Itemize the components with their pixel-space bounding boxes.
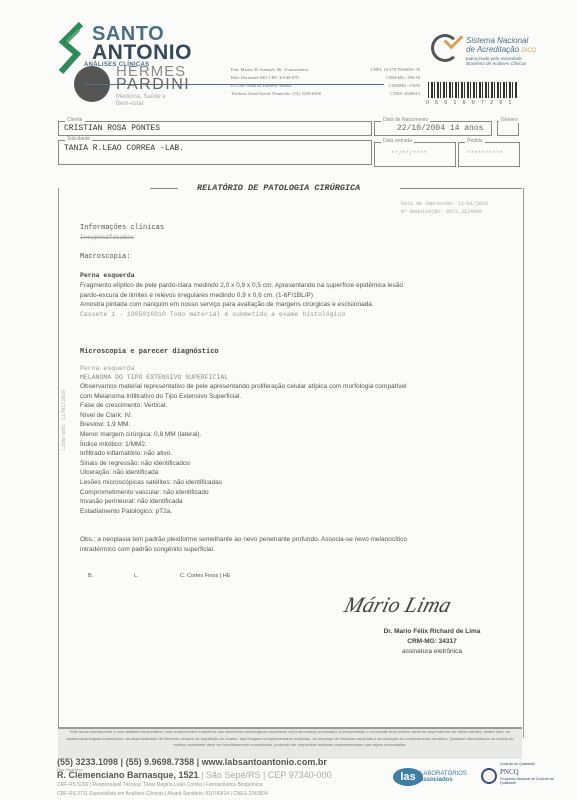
- logo-line-antonio: ANTONIO: [92, 42, 192, 64]
- observation-line: intradérmico com padrão congênito superf…: [80, 545, 520, 555]
- las-logo-icon: las: [393, 768, 423, 786]
- birth-date-label: Data de Nascimento: [381, 117, 430, 123]
- address-line: Telefone Geral/Atend. Domicílio: (31) 32…: [231, 90, 321, 98]
- microscopy-line: Índice mitótico: 1/MM2.: [80, 440, 520, 450]
- microscopy-line: Menor margem cirúrgica: 0,8 MM (lateral)…: [80, 430, 520, 440]
- observation: Obs.: a neoplasia tem padrão plexiforme …: [80, 535, 520, 554]
- footer-tech-line: CRF-RS 5269 | Responsável Técnica: Tânia…: [57, 782, 262, 788]
- microscopy-line: Estadiamento Patológico: pT2a.: [80, 507, 520, 517]
- microscopy-line: Observamos material representativo de pe…: [80, 382, 520, 392]
- microscopy-line: Infiltrado inflamatório: não ativo.: [80, 449, 520, 459]
- order-value: **********: [467, 150, 503, 157]
- clinical-info-heading: Informações clínicas: [80, 224, 164, 232]
- pncq-logo-icon: [481, 768, 497, 784]
- macroscopy-line: Fragmento elíptico de pele pardo-clara m…: [80, 281, 520, 291]
- pncq-title: PNCQ: [500, 768, 519, 776]
- sex-label: Gênero: [499, 117, 520, 123]
- registration-line: CRM-MG: 396-16: [360, 74, 420, 82]
- barcode: [428, 82, 518, 98]
- macroscopy-site: Perna esquerda: [80, 272, 135, 279]
- accreditation-subtitle: patrocinado pela Sociedade Brasileira de…: [466, 56, 526, 66]
- accreditation-title: Sistema Nacional de Acreditação DICQ: [466, 36, 536, 56]
- macroscopy-text: Fragmento elíptico de pele pardo-clara m…: [80, 281, 520, 319]
- registration-line: CNPJ: 19.378.769/0001-76: [360, 66, 420, 74]
- requester-label: Solicitante: [65, 136, 92, 142]
- pncq-top: Controle de Qualidade: [500, 762, 535, 766]
- sex-field: Gênero: [497, 121, 519, 136]
- requester-name: TANIA R.LEAO CORREA -LAB.: [64, 144, 184, 153]
- footer-street: R. Clemenciano Barnasque, 1521: [57, 770, 199, 780]
- signer-block: Dr. Mario Félix Richard de Lima CRM-MG: …: [332, 627, 532, 657]
- microscopy-line: Ulceração: não identificada: [80, 468, 520, 478]
- disclaimer-text: Este laudo corresponde a uma análise int…: [62, 729, 518, 749]
- accreditation-suffix: DICQ: [521, 48, 536, 54]
- report-meta: Data de Impressão: 11/01/2019 Nº Requisi…: [401, 200, 488, 216]
- cassette-line: Cassete 1 - 1905016910 Todo material é s…: [80, 310, 520, 320]
- microscopy-line: Fase de crescimento: Vertical.: [80, 401, 520, 411]
- signer-crm: CRM-MG: 34317: [332, 637, 532, 647]
- code-l: L.: [134, 572, 139, 582]
- signer-name: Dr. Mario Félix Richard de Lima: [332, 627, 532, 637]
- requester-field: Solicitante TANIA R.LEAO CORREA -LAB.: [58, 140, 372, 165]
- signature: Mário Lima: [342, 592, 455, 618]
- order-label: Pedido: [465, 138, 485, 144]
- print-date-value: 11/01/2019: [458, 201, 488, 207]
- address-line: Belo Horizonte-MG CEP: 30140-070: [231, 74, 321, 82]
- client-field: Cliente CRISTIAN ROSA PONTES: [58, 121, 372, 136]
- diagnosis: MELANOMA DO TIPO EXTENSIVO SUPERFICIAL: [80, 374, 228, 381]
- las-text: LABORATÓRIOS associados: [420, 771, 467, 783]
- microscopy-line: Comprometimento vascular: não identifica…: [80, 488, 520, 498]
- microscopy-line: Sinais de regressão: não identificados: [80, 459, 520, 469]
- macroscopy-line: pardo-escura de limites e relevos irregu…: [80, 291, 520, 301]
- microscopy-site: Perna esquerda: [80, 365, 135, 372]
- microscopy-findings: Observamos material representativo de pe…: [80, 382, 520, 516]
- order-field: Pedido **********: [458, 142, 520, 167]
- signer-note: assinatura eletrônica: [332, 647, 532, 657]
- microscopy-line: Lesões microscópicas satélites: não iden…: [80, 478, 520, 488]
- lab-registrations: CNPJ: 19.378.769/0001-76 CRM-MG: 396-16 …: [360, 66, 420, 98]
- accreditation-title-line: de Acreditação: [466, 45, 519, 54]
- registration-line: CRMMG: 17655: [360, 82, 420, 90]
- microscopy-line: com Melanoma Infiltrativo do Tipo Extens…: [80, 392, 520, 402]
- accreditation-title-line: Sistema Nacional: [466, 36, 536, 45]
- client-label: Cliente: [65, 117, 85, 123]
- macroscopy-heading: Macroscopia:: [80, 253, 130, 261]
- title-rule-right: [400, 188, 522, 189]
- requisition-label: Nº Requisição:: [401, 209, 443, 215]
- birth-date-field: Data de Nascimento 22/10/2004 14 anos: [374, 121, 492, 136]
- birth-date-value: 22/10/2004 14 anos: [397, 124, 483, 133]
- barcode-number: 0 5 0 1 6 0 7 2 6 1: [426, 100, 514, 106]
- address-line: RT:Dra Vânia da Fonseca Amaral: [231, 82, 321, 90]
- microscopy-heading: Microscopia e parecer diagnóstico: [80, 348, 219, 356]
- entry-date-label: Data entrada: [381, 138, 414, 144]
- footer-address: R. Clemenciano Barnasque, 1521 | São Sep…: [57, 770, 332, 780]
- pncq-subtitle: Programa Nacional de Controle de Qualida…: [500, 777, 555, 785]
- observation-line: Obs.: a neoplasia tem padrão plexiforme …: [80, 535, 520, 545]
- entry-date-field: Data entrada **/**/****: [374, 142, 456, 167]
- accreditation-sub-line: Brasileira de Análises Clínicas: [466, 61, 526, 66]
- microscopy-line: Breslow: 1,9 MM.: [80, 420, 520, 430]
- logo-tagline: Medicina, Saúde e Bem-estar: [116, 94, 166, 108]
- footer-city: | São Sepé/RS | CEP 97340-000: [201, 770, 332, 780]
- requisition-value: 0572.3124000: [446, 209, 482, 215]
- macroscopy-line: Amostra pintada com nanquim em nosso ser…: [80, 300, 520, 310]
- registration-line: CNES: 2049014: [360, 90, 420, 98]
- footer-license-line: CRF-RS 2711 Especialista em Análises Clí…: [57, 791, 268, 797]
- client-name: CRISTIAN ROSA PONTES: [64, 124, 160, 133]
- las-text-line: associados: [420, 777, 467, 783]
- print-date-label: Data de Impressão:: [401, 201, 455, 207]
- title-rule-left: [150, 188, 178, 189]
- entry-date-value: **/**/****: [391, 150, 427, 157]
- clinical-info-value: Inespecificadas: [80, 234, 134, 241]
- address-line: End. Matriz: R.Aimorés, 66 - Funcionário…: [231, 66, 321, 74]
- microscopy-line: Invasão perineural: não identificada: [80, 497, 520, 507]
- footer-contacts[interactable]: (55) 3233.1098 | (55) 9.9698.7358 | www.…: [57, 757, 327, 767]
- lab-address: End. Matriz: R.Aimorés, 66 - Funcionário…: [231, 66, 321, 98]
- code-c: C. Cortes Finos | HE: [180, 572, 230, 582]
- microscopy-line: Nível de Clark: IV.: [80, 411, 520, 421]
- logo-pardini: PARDINI: [116, 77, 190, 93]
- report-title: RELATÓRIO DE PATOLOGIA CIRÚRGICA: [197, 183, 360, 193]
- release-stamp: Liberado: 11/01/2019: [61, 390, 67, 450]
- code-b: B.: [88, 572, 93, 582]
